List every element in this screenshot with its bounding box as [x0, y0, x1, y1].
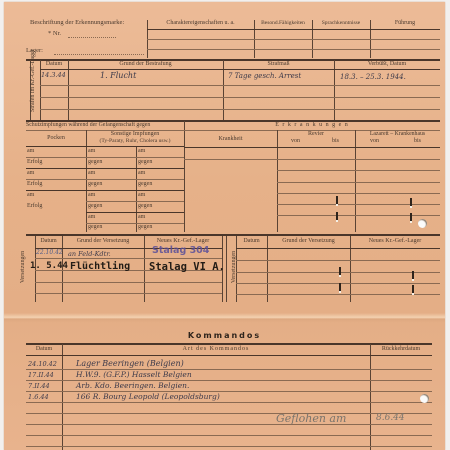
col-sprachen: Sprachkenntnisse — [312, 20, 370, 26]
sonstige-gegen: gegen — [138, 181, 152, 187]
col-faehigkeiten: Besond.Fähigkeiten — [254, 20, 312, 26]
pocken-am-2: am — [27, 170, 34, 176]
vers-row2-datum: 1. 5.44 — [30, 261, 68, 271]
strafen-row-verbuesst: 18.3. – 25.3. 1944. — [340, 73, 406, 81]
staple-mark — [339, 267, 341, 277]
komm-row1-art: Lager Beeringen (Belgien) — [76, 359, 184, 368]
strafen-row-strafmass: 7 Tage gesch. Arrest — [228, 72, 301, 80]
komm-row3-datum: 7.II.44 — [28, 382, 50, 390]
impfungen-title: Schutzimpfungen während der Gefangenscha… — [26, 122, 150, 128]
komm-geflohen-note: Geflohen am — [276, 412, 346, 425]
erkrankungen-title: E r k r a n k u n g e n — [184, 122, 440, 128]
staple-mark — [412, 285, 414, 295]
pocken-erfolg-2: Erfolg — [27, 181, 42, 187]
staple-mark — [410, 198, 412, 208]
komm-col-rueckkehr: Rückkehrdatum — [370, 346, 432, 352]
pocken-am-1: am — [27, 148, 34, 154]
lazarett-bis: bis — [414, 138, 421, 144]
vers-row1-grund: an Feld-Kdtr. — [68, 250, 111, 258]
strafen-row-datum: 14.3.44 — [41, 71, 66, 79]
pow-record-card: Beschriftung der Erkennungsmarke: * Nr. … — [4, 2, 445, 450]
sonstige-gegen: gegen — [138, 224, 152, 230]
strafen-col-verbuesst: Verbüßt, Datum — [334, 61, 440, 67]
sonstige-am: am — [88, 148, 95, 154]
pocken-erfolg-1: Erfolg — [27, 159, 42, 165]
staple-mark — [410, 213, 412, 223]
strafen-col-strafmass: Strafmaß — [223, 61, 334, 67]
versetzungen-side-label: Versetzungen — [20, 242, 26, 292]
lazarett-von: von — [370, 138, 379, 144]
komm-row3-art: Arb. Kdo. Beeringen. Belgien. — [76, 381, 189, 390]
sonstige-am: am — [88, 170, 95, 176]
strafen-col-grund: Grund der Bestrafung — [68, 61, 223, 67]
pocken-label: Pocken — [26, 135, 86, 141]
staple-mark — [336, 196, 338, 206]
vers-row2-grund: Flüchtling — [70, 261, 130, 272]
revier-von: von — [291, 138, 300, 144]
komm-geflohen-datum: 8.6.44 — [376, 413, 405, 423]
sonstige-sub: (Ty-Paraty, Ruhr, Cholera usw.) — [86, 138, 184, 144]
revier-label: Revier — [277, 131, 355, 137]
komm-col-datum: Datum — [26, 346, 62, 352]
komm-row2-datum: 17.II.44 — [28, 371, 54, 379]
staple-mark — [336, 212, 338, 222]
sonstige-label: Sonstige Impfungen — [86, 131, 184, 137]
nr-label: * Nr. — [48, 30, 61, 37]
pocken-am-3: am — [27, 192, 34, 198]
komm-row4-art: 166 R. Bourg Leopold (Leopoldsburg) — [76, 392, 220, 401]
kommandos-title: Kommandos — [4, 331, 445, 340]
nr-field — [68, 37, 116, 38]
revier-bis: bis — [332, 138, 339, 144]
sonstige-am: am — [88, 214, 95, 220]
strafen-row-grund: 1. Flucht — [100, 71, 136, 80]
lager-field — [54, 54, 144, 55]
punch-hole — [418, 219, 427, 228]
lazarett-label: Lazarett – Krankenhaus — [355, 131, 440, 137]
vers-row1-lager-stamp: Stalag 304 — [152, 245, 209, 256]
sonstige-gegen: gegen — [88, 159, 102, 165]
vers-col-lager: Neues Kr.-Gef.-Lager — [144, 238, 222, 244]
col-fuehrung: Führung — [370, 20, 440, 26]
pocken-erfolg-3: Erfolg — [27, 203, 42, 209]
komm-col-art: Art des Kommandos — [62, 346, 370, 352]
sonstige-gegen: gegen — [88, 203, 102, 209]
sonstige-am: am — [138, 170, 145, 176]
vers2-col-lager: Neues Kr.-Gef.-Lager — [350, 238, 440, 244]
sonstige-am: am — [138, 192, 145, 198]
staple-mark — [412, 271, 414, 281]
krankheit-label: Krankheit — [184, 136, 277, 142]
vers-col-grund: Grund der Versetzung — [62, 238, 144, 244]
vers-row1-datum: 22.10.42 — [36, 249, 63, 256]
sonstige-am: am — [88, 192, 95, 198]
staple-mark — [339, 283, 341, 293]
sonstige-am: am — [138, 214, 145, 220]
punch-hole — [420, 394, 429, 403]
sonstige-gegen: gegen — [138, 159, 152, 165]
fold-crease — [4, 313, 445, 323]
strafen-side-label: Strafen im Kr.-Gef.-Lager — [30, 62, 36, 112]
vers-row2-lager: Stalag VI A. — [149, 261, 225, 273]
vers-col-datum: Datum — [35, 238, 62, 244]
komm-row1-datum: 24.10.42 — [28, 360, 57, 368]
sonstige-am: am — [138, 148, 145, 154]
komm-row4-datum: 1.6.44 — [28, 393, 49, 401]
vers2-col-grund: Grund der Versetzung — [267, 238, 350, 244]
col-charakter: Charaktereigenschaften u. a. — [147, 20, 254, 26]
komm-row2-art: H.W.9. (G.F.P.) Hasselt Belgien — [76, 370, 192, 379]
sonstige-gegen: gegen — [88, 224, 102, 230]
sonstige-gegen: gegen — [88, 181, 102, 187]
marke-label: Beschriftung der Erkennungsmarke: — [30, 19, 124, 26]
sonstige-gegen: gegen — [138, 203, 152, 209]
vers2-col-datum: Datum — [236, 238, 267, 244]
strafen-col-datum: Datum — [40, 61, 68, 67]
